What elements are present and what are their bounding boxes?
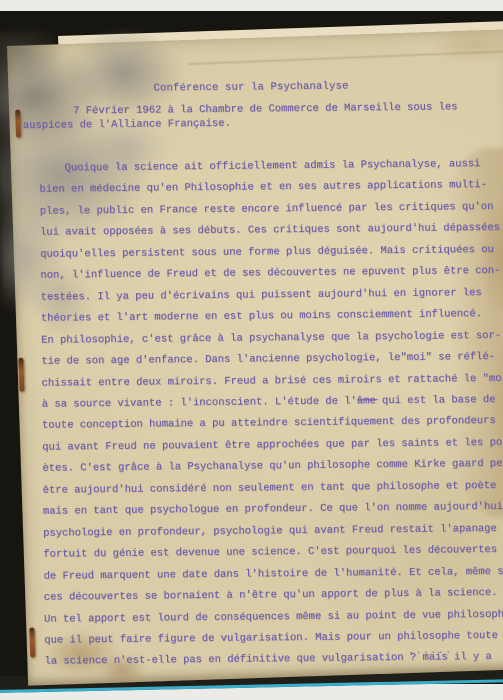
document-title: Conférence sur la Psychanalyse: [153, 80, 348, 94]
continuation-dots: ······: [408, 647, 453, 657]
document-body-text: Quoique la science ait officiellement ad…: [39, 154, 503, 674]
scanned-document-image: Conférence sur la Psychanalyse 7 Février…: [0, 0, 503, 700]
date-and-auspices-lines: 7 Février 1962 à la Chambre de Commerce …: [23, 101, 458, 133]
typed-text-layer: Conférence sur la Psychanalyse 7 Février…: [7, 41, 503, 686]
typewritten-page: Conférence sur la Psychanalyse 7 Février…: [7, 29, 503, 685]
